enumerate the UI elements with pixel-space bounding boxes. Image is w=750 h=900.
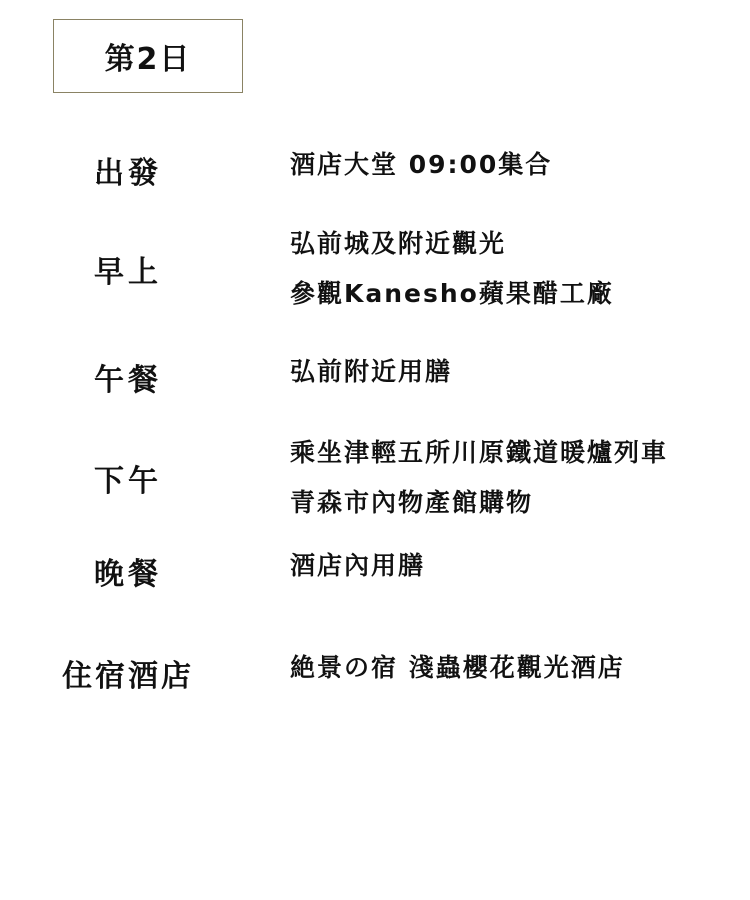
- row-label: 住宿酒店: [50, 651, 206, 695]
- detail-line: 弘前附近用膳: [290, 347, 452, 397]
- row-detail: 酒店內用膳: [290, 541, 425, 591]
- detail-line: 參觀Kanesho蘋果醋工廠: [290, 269, 614, 319]
- row-detail: 絶景の宿 淺蟲櫻花觀光酒店: [290, 643, 625, 693]
- row-detail: 弘前城及附近觀光 參觀Kanesho蘋果醋工廠: [290, 219, 614, 319]
- day-badge: 第2日: [53, 19, 243, 93]
- row-label: 午餐: [48, 355, 208, 399]
- row-detail: 乘坐津輕五所川原鐵道暖爐列車 青森市內物產館購物: [290, 428, 668, 528]
- detail-line: 絶景の宿 淺蟲櫻花觀光酒店: [290, 643, 625, 693]
- detail-line: 酒店內用膳: [290, 541, 425, 591]
- row-label: 早上: [48, 247, 208, 291]
- day-title: 第2日: [105, 34, 192, 78]
- row-detail: 弘前附近用膳: [290, 347, 452, 397]
- row-label: 晚餐: [48, 549, 208, 593]
- detail-line: 弘前城及附近觀光: [290, 219, 614, 269]
- detail-line: 乘坐津輕五所川原鐵道暖爐列車: [290, 428, 668, 478]
- row-label: 下午: [48, 456, 208, 500]
- row-label: 出發: [48, 148, 208, 192]
- detail-line: 酒店大堂 09:00集合: [290, 140, 552, 190]
- row-detail: 酒店大堂 09:00集合: [290, 140, 552, 190]
- detail-line: 青森市內物產館購物: [290, 478, 668, 528]
